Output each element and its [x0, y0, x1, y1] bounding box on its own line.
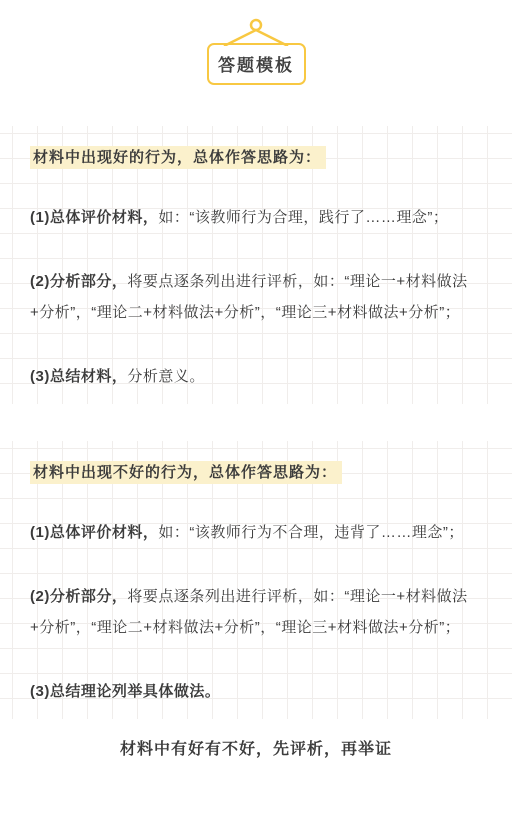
item-text: 如：“该教师行为不合理，违背了……理念”； [158, 524, 464, 541]
title-sign: 答题模板 [0, 18, 512, 126]
item-text: 分析意义。 [127, 368, 205, 385]
section-divider [0, 404, 512, 441]
section-header: 材料中出现不好的行为，总体作答思路为： [30, 461, 482, 485]
sign-box: 答题模板 [207, 43, 306, 85]
highlighted-header-text: 材料中出现不好的行为，总体作答思路为： [30, 461, 342, 484]
list-item: (2)分析部分，将要点逐条列出进行评析，如：“理论一+材料做法+分析”，“理论二… [30, 266, 482, 328]
highlighted-header-text: 材料中出现好的行为，总体作答思路为： [30, 146, 326, 169]
section-bad-behavior: 材料中出现不好的行为，总体作答思路为： (1)总体评价材料，如：“该教师行为不合… [0, 441, 512, 719]
list-item: (3)总结理论列举具体做法。 [30, 676, 482, 707]
footer-note: 材料中有好有不好，先评析，再举证 [0, 736, 512, 759]
item-lead: (1)总体评价材料， [30, 209, 158, 226]
list-item: (2)分析部分，将要点逐条列出进行评析，如：“理论一+材料做法+分析”，“理论二… [30, 581, 482, 643]
item-lead: (3)总结理论列举具体做法。 [30, 683, 220, 700]
list-item: (1)总体评价材料，如：“该教师行为不合理，违背了……理念”； [30, 517, 482, 548]
list-item: (3)总结材料，分析意义。 [30, 361, 482, 392]
hanging-ring-icon [201, 18, 311, 46]
item-lead: (2)分析部分， [30, 273, 127, 290]
article-page: 答题模板 材料中出现好的行为，总体作答思路为： (1)总体评价材料，如：“该教师… [0, 18, 512, 759]
section-header: 材料中出现好的行为，总体作答思路为： [30, 146, 482, 170]
item-lead: (1)总体评价材料， [30, 524, 158, 541]
section-good-behavior: 材料中出现好的行为，总体作答思路为： (1)总体评价材料，如：“该教师行为合理，… [0, 126, 512, 404]
item-lead: (3)总结材料， [30, 368, 127, 385]
item-text: 如：“该教师行为合理，践行了……理念”； [158, 209, 448, 226]
item-lead: (2)分析部分， [30, 588, 127, 605]
list-item: (1)总体评价材料，如：“该教师行为合理，践行了……理念”； [30, 202, 482, 233]
page-title: 答题模板 [218, 56, 294, 75]
